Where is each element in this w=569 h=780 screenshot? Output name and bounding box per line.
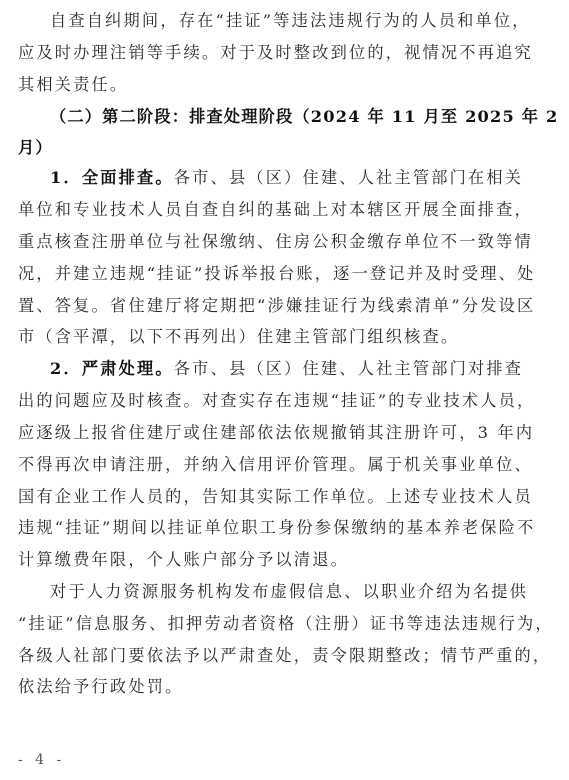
paragraph-line: 况，并建立违规“挂证”投诉举报台账，逐一登记并及时受理、处 [18, 264, 470, 284]
paragraph-line: 违规“挂证”期间以挂证单位职工身份参保缴纳的基本养老保险不 [18, 518, 470, 538]
paragraph-line: 依法给予行政处罚。 [18, 677, 470, 697]
page-number: - 4 - [18, 752, 65, 768]
paragraph-line: 不得再次申请注册，并纳入信用评价管理。属于机关事业单位、 [18, 455, 470, 475]
paragraph-line: 对于人力资源服务机构发布虚假信息、以职业介绍为名提供 [50, 582, 470, 602]
item-lead: 2．严肃处理。 [50, 359, 174, 378]
section-heading: 月） [18, 138, 470, 158]
paragraph-line: 出的问题应及时核查。对查实存在违规“挂证”的专业技术人员， [18, 391, 470, 411]
paragraph-line: 国有企业工作人员的，告知其实际工作单位。上述专业技术人员 [18, 487, 470, 507]
paragraph-line: 市（含平潭，以下不再列出）住建主管部门组织核查。 [18, 327, 470, 347]
paragraph-line: 2．严肃处理。各市、县（区）住建、人社主管部门对排查 [50, 359, 470, 379]
paragraph-line: 应逐级上报省住建厅或住建部依法依规撤销其注册许可，3 年内 [18, 423, 470, 443]
paragraph-line: 其相关责任。 [18, 75, 470, 95]
section-heading: （二）第二阶段：排查处理阶段（2024 年 11 月至 2025 年 2 [50, 107, 470, 127]
paragraph-line: 应及时办理注销等手续。对于及时整改到位的，视情况不再追究 [18, 43, 470, 63]
item-text: 各市、县（区）住建、人社主管部门对排查 [174, 359, 523, 378]
paragraph-line: 单位和专业技术人员自查自纠的基础上对本辖区开展全面排查， [18, 200, 470, 220]
item-text: 各市、县（区）住建、人社主管部门在相关 [174, 168, 523, 187]
paragraph-line: 自查自纠期间，存在“挂证”等违法违规行为的人员和单位， [50, 11, 470, 31]
paragraph-line: 1．全面排查。各市、县（区）住建、人社主管部门在相关 [50, 168, 470, 188]
item-lead: 1．全面排查。 [50, 168, 174, 187]
paragraph-line: “挂证”信息服务、扣押劳动者资格（注册）证书等违法违规行为， [18, 614, 470, 634]
paragraph-line: 重点核查注册单位与社保缴纳、住房公积金缴存单位不一致等情 [18, 232, 470, 252]
paragraph-line: 置、答复。省住建厅将定期把“涉嫌挂证行为线索清单”分发设区 [18, 296, 470, 316]
paragraph-line: 各级人社部门要依法予以严肃查处，责令限期整改；情节严重的， [18, 646, 470, 666]
paragraph-line: 计算缴费年限，个人账户部分予以清退。 [18, 550, 470, 570]
